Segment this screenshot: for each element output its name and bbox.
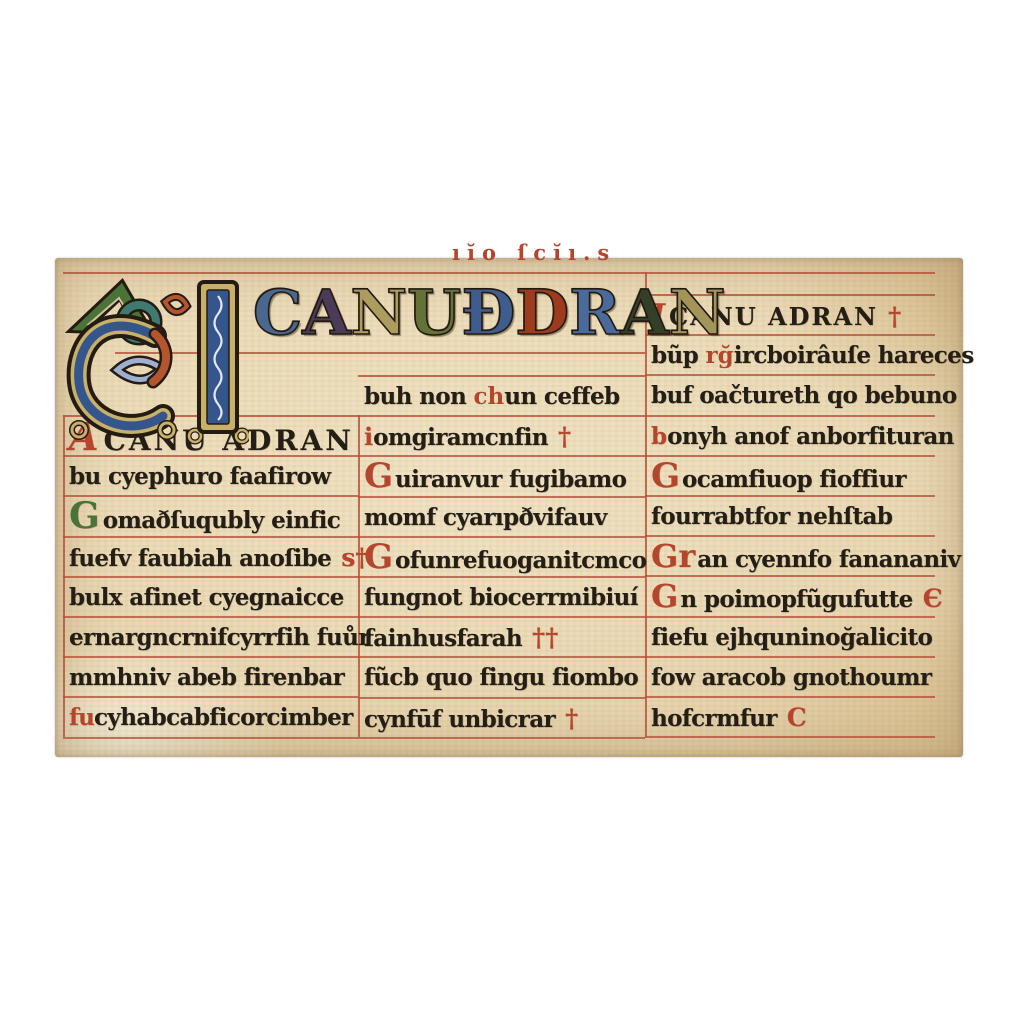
manuscript-line: fiefu ejhquninoğalicito xyxy=(645,618,935,658)
red-cross-mark: † xyxy=(558,422,571,451)
rubric-initial: G xyxy=(651,577,678,615)
title-letter: Ð xyxy=(461,276,515,349)
line-text: mmhniv abeb firenbar xyxy=(69,664,344,691)
red-cross-mark: †† xyxy=(532,623,558,652)
manuscript-line: momf cyarıpðvifauv xyxy=(358,498,645,538)
rubric-initial: b xyxy=(651,423,667,450)
title-letter: R xyxy=(569,276,621,349)
line-text: fow aracob gnothoumr xyxy=(651,664,931,691)
line-text: onyh anof anborfituran xyxy=(667,423,954,450)
rubric-initial: G xyxy=(364,456,393,496)
line-text: bulx afinet cyegnaicce xyxy=(69,584,344,611)
page: ıĭo ſcĭı.s xyxy=(0,0,1024,1024)
title-band: CANUÐDRAN xyxy=(55,258,645,415)
column-middle: buh non chun ceffeb iomgiramcnfin† Guira… xyxy=(358,375,645,739)
manuscript-line: fũcb quo fingu fiombo xyxy=(358,658,645,698)
line-text: n poimopfũgufutte xyxy=(680,586,912,613)
manuscript-line: fungnot biocerrmibiuí xyxy=(358,578,645,618)
rubric-letter-mark: Є xyxy=(923,584,943,613)
manuscript-line: cynfūf unbicrar† xyxy=(358,699,645,739)
red-cross-mark: † xyxy=(888,302,901,331)
column-left: ACANU ADRAN bu cyephuro faafirow Gomaðſu… xyxy=(63,415,358,739)
cropped-rubric-fragments: ıĭo ſcĭı.s xyxy=(452,240,616,265)
rubric-initial: fu xyxy=(69,704,94,731)
line-text: omaðſuqubly einfic xyxy=(103,507,340,534)
line-text: fourrabtfor nehſtab xyxy=(651,503,892,530)
rubric-letter-mark: C xyxy=(787,703,807,732)
manuscript-line: Gomaðſuqubly einfic xyxy=(63,497,358,537)
manuscript-line: fourrabtfor nehſtab xyxy=(645,497,935,537)
title-letter: C xyxy=(253,276,302,349)
line-text: fungnot biocerrmibiuí xyxy=(364,584,638,611)
manuscript-page: CANUÐDRAN ACANU ADRAN bu cyephuro faafir… xyxy=(55,258,963,757)
title-letter: N xyxy=(669,276,726,349)
rubric-initial: i xyxy=(364,422,373,451)
red-cross-mark: † xyxy=(565,704,578,733)
manuscript-line: Gran cyennfo fanananiv xyxy=(645,537,935,577)
line-text: cynfūf unbicrar xyxy=(364,706,555,733)
line-text: cyhabcabficorcimber xyxy=(94,704,353,731)
manuscript-line: fow aracob gnothoumr xyxy=(645,658,935,698)
manuscript-line: bu cyephuro faafirow xyxy=(63,457,358,497)
line-text: ofunrefuoganitcmco xyxy=(395,547,646,574)
manuscript-line: iomgiramcnfin† xyxy=(358,417,645,457)
green-initial: G xyxy=(69,495,100,537)
rubric-initial: G xyxy=(364,537,393,577)
manuscript-line: ernargncrnifcyrrfih fuůr xyxy=(63,618,358,658)
manuscript-line: bulx afinet cyegnaicce xyxy=(63,578,358,618)
line-text: an cyennfo fanananiv xyxy=(697,546,960,573)
line-text: buf oačtureth qo bebuno xyxy=(651,382,957,409)
line-text: fiefu ejhquninoğalicito xyxy=(651,624,932,651)
rubric-initial: G xyxy=(651,456,680,496)
title-letter: A xyxy=(302,276,350,349)
illuminated-letter-I-icon xyxy=(189,282,248,442)
page-title: CANUÐDRAN xyxy=(253,276,726,349)
rubric-initial: Gr xyxy=(651,537,695,575)
manuscript-line: hofcrmfurC xyxy=(645,698,935,738)
manuscript-line: fuefv faubiah anoſibes† xyxy=(63,538,358,578)
title-letter: D xyxy=(515,276,569,349)
title-letter: N xyxy=(350,276,407,349)
line-text: hofcrmfur xyxy=(651,705,777,732)
manuscript-line: fucyhabcabficorcimber xyxy=(63,698,358,738)
line-text: omgiramcnfin xyxy=(373,424,548,451)
manuscript-line: mmhniv abeb firenbar xyxy=(63,658,358,698)
manuscript-line: Gn poimopfũgufutteЄ xyxy=(645,577,935,617)
manuscript-line: Gofunrefuoganitcmco xyxy=(358,538,645,578)
line-text: bu cyephuro faafirow xyxy=(69,463,330,490)
celtic-knot-initial-icon xyxy=(59,274,249,446)
title-letter: A xyxy=(621,276,669,349)
line-text: fainhusfarah xyxy=(364,625,522,652)
line-text: ircboirâuſe hareces xyxy=(734,342,974,369)
line-text: momf cyarıpðvifauv xyxy=(364,504,607,531)
manuscript-line: fainhusfarah†† xyxy=(358,618,645,658)
column-right: ICANU ADRAN† bũp rğircboirâuſe hareces b… xyxy=(645,294,935,738)
line-text: fũcb quo fingu fiombo xyxy=(364,664,638,691)
line-text: uiranvur fugibamo xyxy=(395,466,626,493)
manuscript-line: Gocamfiuop fioffiur xyxy=(645,457,935,497)
line-text: ocamfiuop fioffiur xyxy=(682,466,906,493)
manuscript-line: Guiranvur fugibamo xyxy=(358,457,645,497)
line-text: ernargncrnifcyrrfih fuůr xyxy=(69,624,370,651)
manuscript-line: buf oačtureth qo bebuno xyxy=(645,376,935,416)
manuscript-line: bonyh anof anborfituran xyxy=(645,417,935,457)
line-text: fuefv faubiah anoſibe xyxy=(69,545,331,572)
title-letter: U xyxy=(407,276,461,349)
